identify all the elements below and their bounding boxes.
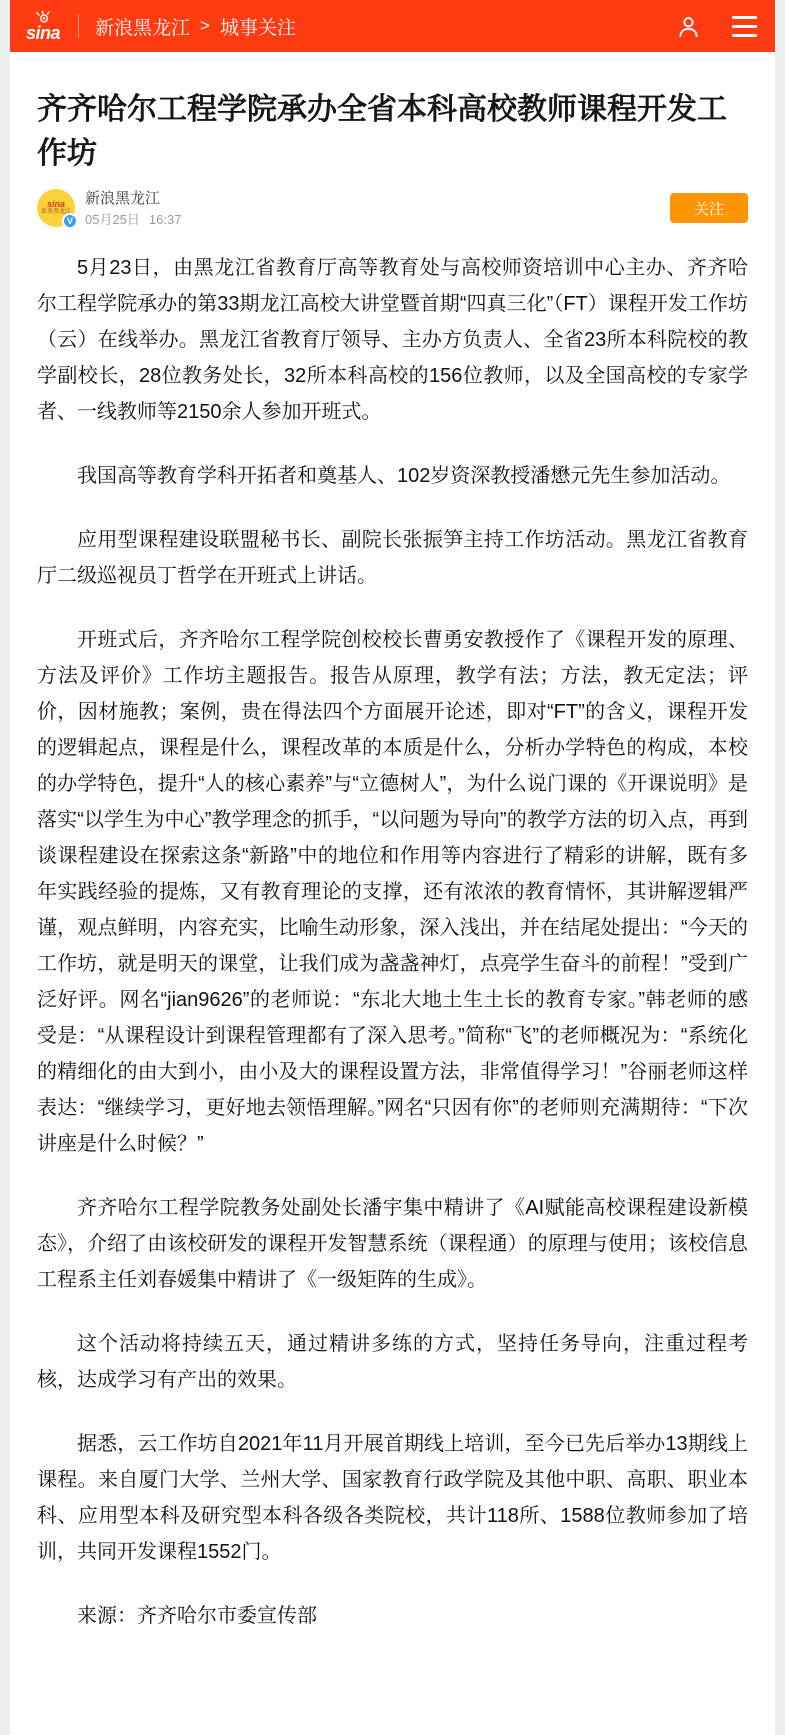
publish-datetime: 05月25日16:37 <box>85 213 181 226</box>
article-paragraph: 这个活动将持续五天，通过精讲多练的方式，坚持任务导向，注重过程考核，达成学习有产… <box>37 1326 748 1398</box>
breadcrumb-section-link[interactable]: 城事关注 <box>220 13 296 40</box>
author-info: 新浪黑龙江 05月25日16:37 <box>85 190 181 226</box>
article-paragraph: 应用型课程建设联盟秘书长、副院长张振笋主持工作坊活动。黑龙江省教育厅二级巡视员丁… <box>37 522 748 594</box>
sina-logo-eye-icon <box>33 11 53 23</box>
article-title: 齐齐哈尔工程学院承办全省本科高校教师课程开发工作坊 <box>37 88 748 176</box>
article-paragraph: 齐齐哈尔工程学院教务处副处长潘宇集中精讲了《AI赋能高校课程建设新模态》，介绍了… <box>37 1190 748 1298</box>
sina-logo-text: sina <box>26 24 60 42</box>
top-bar: sina 新浪黑龙江 > 城事关注 <box>10 0 775 52</box>
breadcrumb-separator: > <box>200 16 210 36</box>
topbar-divider <box>78 14 79 38</box>
article-paragraph: 我国高等教育学科开拓者和奠基人、102岁资深教授潘懋元先生参加活动。 <box>37 458 748 494</box>
breadcrumb-site-link[interactable]: 新浪黑龙江 <box>95 13 190 40</box>
follow-button[interactable]: 关注 <box>670 193 748 223</box>
author-row: sina 新浪黑龙江 V 新浪黑龙江 05月25日16:37 关注 <box>37 188 748 228</box>
article-paragraph: 据悉，云工作坊自2021年11月开展首期线上培训，至今已先后举办13期线上课程。… <box>37 1426 748 1570</box>
verified-badge-icon: V <box>62 213 78 229</box>
article-paragraph: 开班式后，齐齐哈尔工程学院创校校长曹勇安教授作了《课程开发的原理、方法及评价》工… <box>37 622 748 1162</box>
topbar-actions <box>675 13 757 40</box>
publish-date: 05月25日 <box>85 212 140 227</box>
article-source: 来源：齐齐哈尔市委宣传部 <box>37 1598 748 1634</box>
author-name[interactable]: 新浪黑龙江 <box>85 190 181 208</box>
article-body: 5月23日，由黑龙江省教育厅高等教育处与高校师资培训中心主办、齐齐哈尔工程学院承… <box>37 250 748 1634</box>
avatar[interactable]: sina 新浪黑龙江 V <box>37 189 75 227</box>
publish-time: 16:37 <box>149 212 182 227</box>
sina-logo[interactable]: sina <box>26 11 60 42</box>
page: sina 新浪黑龙江 > 城事关注 齐齐哈尔工程学院承办全省本科高校教师课程开发… <box>10 0 775 1735</box>
menu-icon[interactable] <box>732 16 757 37</box>
user-icon[interactable] <box>675 13 702 40</box>
article-paragraph: 5月23日，由黑龙江省教育厅高等教育处与高校师资培训中心主办、齐齐哈尔工程学院承… <box>37 250 748 430</box>
avatar-logo-text: sina <box>47 200 65 209</box>
article: 齐齐哈尔工程学院承办全省本科高校教师课程开发工作坊 sina 新浪黑龙江 V 新… <box>10 52 775 1662</box>
breadcrumb: 新浪黑龙江 > 城事关注 <box>95 13 296 40</box>
